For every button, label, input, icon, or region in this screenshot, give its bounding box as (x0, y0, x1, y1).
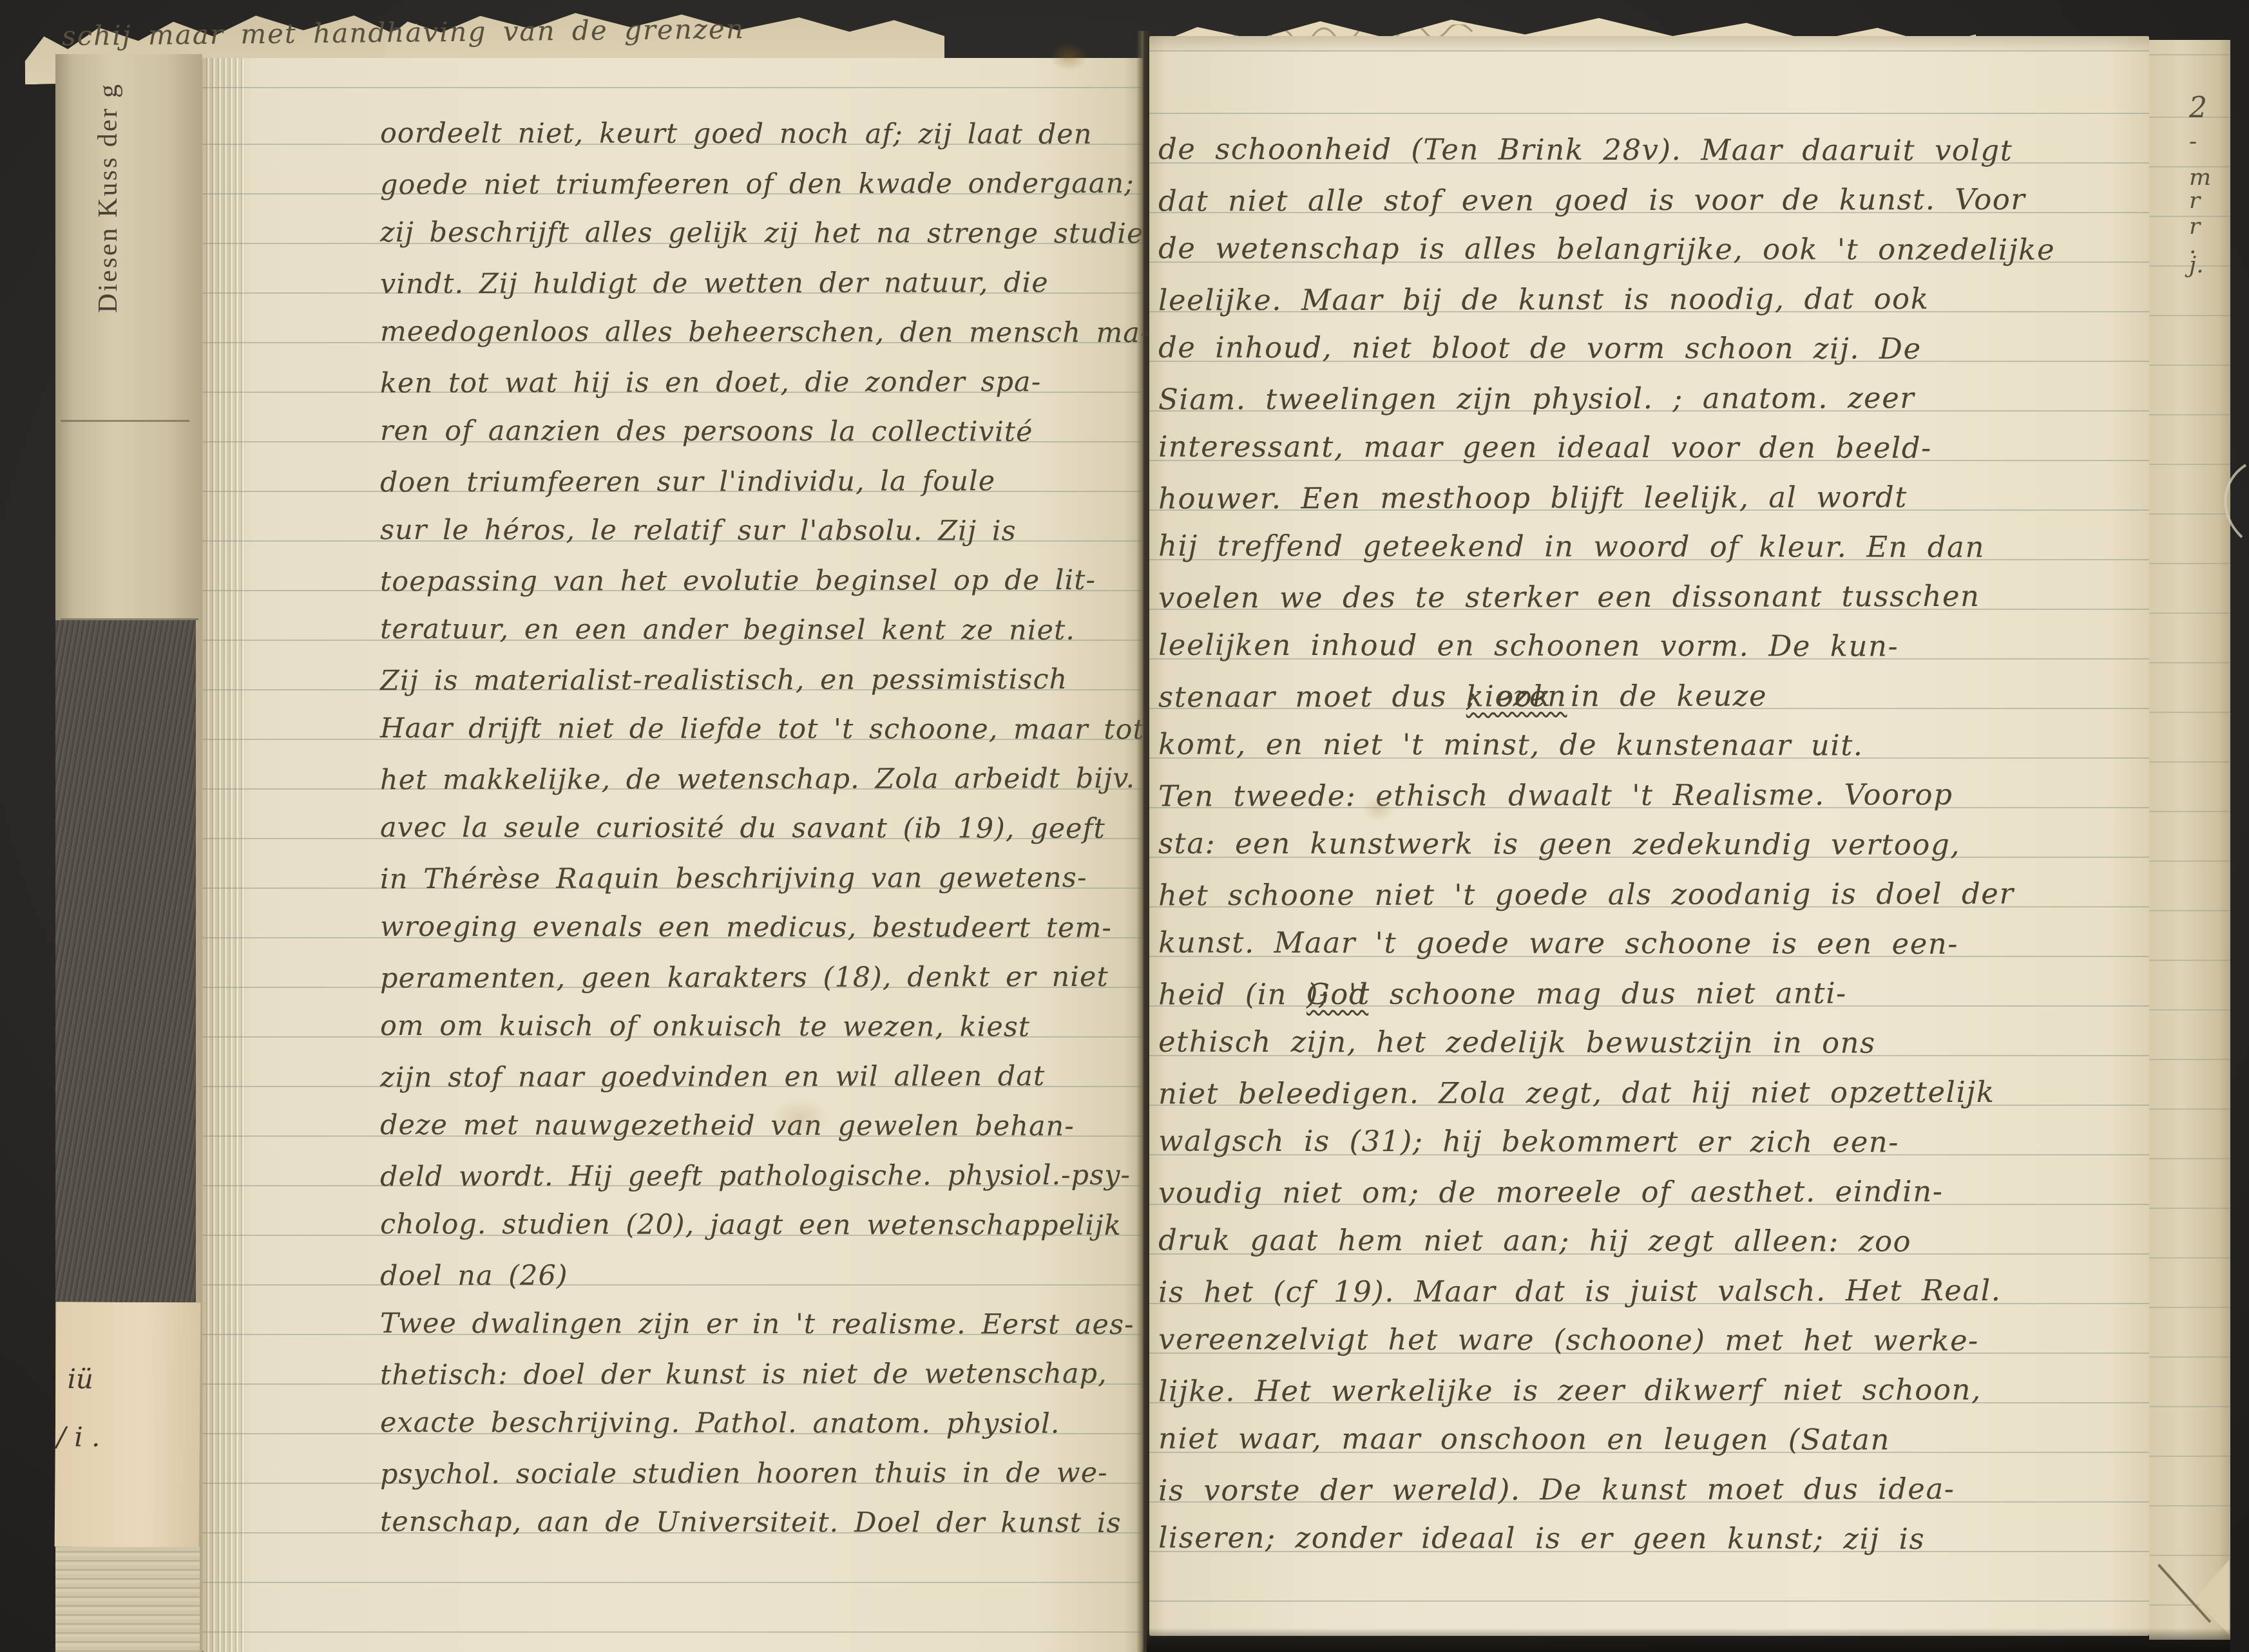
handwritten-line: is vorste der wereld). De kunst moet dus… (1158, 1463, 2138, 1515)
handwritten-line: voelen we des te sterker een dissonant t… (1158, 571, 2138, 622)
handwritten-line: oordeelt niet, keurt goed noch af; zij l… (380, 109, 1147, 160)
handwritten-line: deld wordt. Hij geeft pathologische. phy… (380, 1151, 1147, 1202)
left-page: oordeelt niet, keurt goed noch af; zij l… (202, 58, 1143, 1652)
handwritten-line: ken tot wat hij is en doet, die zonder s… (380, 357, 1147, 408)
handwritten-line: avec la seule curiosité du savant (ib 19… (380, 803, 1147, 854)
page-top-shadow (1149, 36, 2149, 53)
handwritten-line: is het (cf 19). Maar dat is juist valsch… (1158, 1265, 2138, 1316)
handwritten-line: dat niet alle stof even goed is voor de … (1158, 174, 2138, 225)
handwritten-line: ren of aanzien des persoons la collectiv… (380, 406, 1147, 457)
handwritten-line: doel na (26) (380, 1250, 1147, 1301)
handwritten-line: niet waar, maar onschoon en leugen (Sata… (1158, 1414, 2138, 1465)
underlying-page-edge: 2 - m r r . j. (2149, 40, 2230, 1640)
handwritten-line: voudig niet om; de moreele of aesthet. e… (1158, 1166, 2138, 1217)
handwritten-line: het makkelijke, de wetenschap. Zola arbe… (380, 754, 1147, 805)
book-gutter (1136, 31, 1151, 1652)
handwritten-line: exacte beschrijving. Pathol. anatom. phy… (380, 1398, 1147, 1449)
handwritten-line: sur le héros, le relatif sur l'absolu. Z… (380, 506, 1147, 556)
fragment-handwriting: schij maar met handhaving van de grenzen (62, 5, 964, 59)
handwritten-line: interessant, maar geen ideaal voor den b… (1158, 422, 2138, 473)
right-page: de schoonheid (Ten Brink 28v). Maar daar… (1149, 36, 2149, 1636)
margin-ink-mark: m (2189, 166, 2211, 189)
handwritten-line: zijn stof naar goedvinden en wil alleen … (380, 1052, 1147, 1103)
right-page-handwriting: de schoonheid (Ten Brink 28v). Maar daar… (1158, 125, 2138, 1563)
handwritten-line: teratuur, en een ander beginsel kent ze … (380, 605, 1147, 656)
margin-marks: 2 - m r r . j. (2149, 40, 2230, 1640)
handwritten-line: Haar drijft niet de liefde tot 't schoon… (380, 704, 1147, 755)
handwritten-line: de schoonheid (Ten Brink 28v). Maar daar… (1158, 124, 2138, 176)
paper-stain (770, 1099, 828, 1137)
stray-thread (2208, 462, 2249, 540)
handwritten-line: heid (in God); 't schoone mag dus niet a… (1158, 967, 2138, 1019)
handwritten-line: tenschap, aan de Universiteit. Doel der … (380, 1497, 1147, 1548)
handwritten-line: druk gaat hem niet aan; hij zegt alleen:… (1158, 1215, 2138, 1267)
handwritten-line: thetisch: doel der kunst is niet de wete… (380, 1349, 1147, 1400)
handwritten-line: in Thérèse Raquin beschrijving van gewet… (380, 853, 1147, 904)
handwritten-line: Ten tweede: ethisch dwaalt 't Realisme. … (1158, 769, 2138, 821)
handwritten-line: sta: een kunstwerk is geen zedekundig ve… (1158, 819, 2138, 870)
handwritten-line: leelijke. Maar bij de kunst is noodig, d… (1158, 273, 2138, 325)
handwritten-line: Twee dwalingen zijn er in 't realisme. E… (380, 1299, 1147, 1350)
margin-ink-mark: r (2189, 189, 2200, 213)
handwritten-line: psychol. sociale studien hooren thuis in… (380, 1448, 1147, 1499)
handwritten-line: houwer. Een mesthoop blijft leelijk, al … (1158, 471, 2138, 523)
handwritten-line: het schoone niet 't goede als zoodanig i… (1158, 868, 2138, 920)
handwritten-line: doen triumfeeren sur l'individu, la foul… (380, 457, 1147, 508)
fragment-ink-mark: / i . (57, 1421, 100, 1452)
handwritten-line: deze met nauwgezetheid van gewelen behan… (380, 1101, 1147, 1152)
handwritten-line: vereenzelvigt het ware (schoone) met het… (1158, 1315, 2138, 1366)
margin-ink-mark: - (2189, 130, 2197, 153)
paper-stain (1362, 796, 1394, 822)
handwritten-line: leelijken inhoud en schoonen vorm. De ku… (1158, 620, 2138, 672)
fragment-ink-mark: iü (67, 1363, 93, 1394)
handwritten-line: niet beleedigen. Zola zegt, dat hij niet… (1158, 1067, 2138, 1118)
spine-dark-band (55, 620, 196, 1302)
left-page-handwriting: oordeelt niet, keurt goed noch af; zij l… (380, 109, 1147, 1548)
handwritten-line: wroeging evenals een medicus, bestudeert… (380, 902, 1147, 953)
handwritten-line: lijke. Het werkelijke is zeer dikwerf ni… (1158, 1364, 2138, 1416)
handwritten-line: zij beschrijft alles gelijk zij het na s… (380, 208, 1147, 259)
handwritten-line: walgsch is (31); hij bekommert er zich e… (1158, 1116, 2138, 1168)
spine-paper-fragment: iü / i . (55, 1302, 201, 1548)
handwritten-line: Siam. tweelingen zijn physiol. ; anatom.… (1158, 372, 2138, 424)
underlined-word: God (1306, 969, 1369, 1019)
handwritten-line: ethisch zijn, het zedelijk bewustzijn in… (1158, 1017, 2138, 1068)
handwritten-line: peramenten, geen karakters (18), denkt e… (380, 953, 1147, 1003)
underlined-word: kiezen (1466, 671, 1567, 721)
margin-ink-mark: j. (2189, 254, 2204, 277)
handwritten-line: komt, en niet 't minst, de kunstenaar ui… (1158, 719, 2138, 771)
handwritten-line: liseren; zonder ideaal is er geen kunst;… (1158, 1513, 2138, 1564)
book-spine: Diesen Kuss der g iü / i . (55, 54, 202, 1652)
handwritten-line: meedogenloos alles beheerschen, den mens… (380, 307, 1147, 358)
handwritten-line: kunst. Maar 't goede ware schoone is een… (1158, 918, 2138, 969)
handwritten-line: cholog. studien (20), jaagt een wetensch… (380, 1200, 1147, 1251)
handwritten-line: stenaar moet dus kiezen ; ook in de keuz… (1158, 670, 2138, 721)
notebook-photo: schij maar met handhaving van de grenzen… (0, 0, 2249, 1652)
handwritten-line: vindt. Zij huldigt de wetten der natuur,… (380, 258, 1147, 309)
spine-title: Diesen Kuss der g (89, 46, 128, 349)
bottom-edge-shadow (1147, 1628, 2230, 1652)
handwritten-line: om om kuisch of onkuisch te wezen, kiest (380, 1002, 1147, 1052)
handwritten-line: goede niet triumfeeren of den kwade onde… (380, 159, 1147, 210)
handwritten-line: de inhoud, niet bloot de vorm schoon zij… (1158, 323, 2138, 374)
handwritten-line: de wetenschap is alles belangrijke, ook … (1158, 223, 2138, 275)
handwritten-line: toepassing van het evolutie beginsel op … (380, 556, 1147, 607)
page-stack-edge (55, 1547, 200, 1652)
handwritten-line: hij treffend geteekend in woord of kleur… (1158, 521, 2138, 573)
handwritten-line: Zij is materialist-realistisch, en pessi… (380, 655, 1147, 706)
margin-ink-mark: 2 (2189, 97, 2207, 120)
paper-stain (1050, 43, 1087, 71)
spine-divider-line (61, 420, 189, 422)
